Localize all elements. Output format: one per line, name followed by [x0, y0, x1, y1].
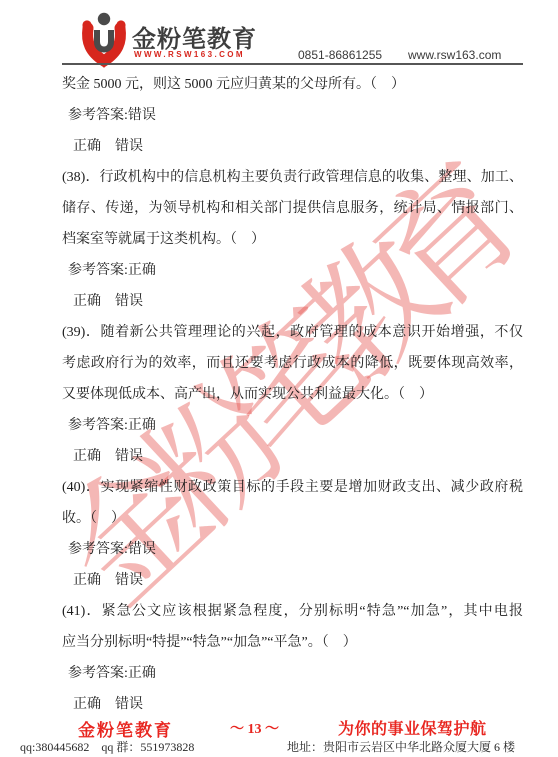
text-line-question: (39)．随着新公共管理理论的兴起，政府管理的成本意识开始增强，不仅: [62, 317, 523, 348]
footer-address: 地址：贵阳市云岩区中华北路众厦大厦 6 楼: [287, 738, 515, 755]
footer-slogan: 为你的事业保驾护航: [338, 716, 487, 739]
footer-page-number: ～ 13 ～: [230, 718, 279, 738]
text-line-question: 储存、传递，为领导机构和相关部门提供信息服务，统计局、情报部门、: [62, 193, 523, 224]
brand-logo-icon: [80, 12, 128, 68]
text-line-question: (38)．行政机构中的信息机构主要负责行政管理信息的收集、整理、加工、: [62, 162, 523, 193]
brand-site-url: WWW.RSW163.COM: [134, 50, 245, 59]
document-body: 奖金 5000 元，则这 5000 元应归黄某的父母所有。（ ）参考答案:错误正…: [62, 69, 523, 720]
header-website: www.rsw163.com: [408, 48, 501, 62]
text-line-answer: 参考答案:正确: [62, 410, 523, 441]
text-line-options: 正确 错误: [62, 565, 523, 596]
text-line-statement: 奖金 5000 元，则这 5000 元应归黄某的父母所有。（ ）: [62, 69, 523, 100]
text-line-answer: 参考答案:错误: [62, 100, 523, 131]
text-line-question: 应当分别标明“特提”“特急”“加急”“平急”。（ ）: [62, 627, 523, 658]
text-line-options: 正确 错误: [62, 286, 523, 317]
text-line-question: 又要体现低成本、高产出，从而实现公共利益最大化。（ ）: [62, 379, 523, 410]
document-page: { "page": { "background": "#ffffff" }, "…: [0, 0, 558, 757]
text-line-answer: 参考答案:正确: [62, 255, 523, 286]
text-line-question: (40)．实现紧缩性财政政策目标的手段主要是增加财政支出、减少政府税: [62, 472, 523, 503]
text-line-question: 收。（ ）: [62, 503, 523, 534]
header-phone-number: 0851-86861255: [298, 48, 382, 62]
text-line-options: 正确 错误: [62, 131, 523, 162]
text-line-options: 正确 错误: [62, 441, 523, 472]
brand-name: 金粉笔教育: [132, 19, 257, 54]
text-line-answer: 参考答案:错误: [62, 534, 523, 565]
text-line-answer: 参考答案:正确: [62, 658, 523, 689]
header-divider: [62, 63, 523, 65]
footer-qq-contacts: qq:380445682 qq 群：551973828: [20, 738, 194, 755]
text-line-question: (41)．紧急公文应该根据紧急程度，分别标明“特急”“加急”，其中电报: [62, 596, 523, 627]
text-line-question: 档案室等就属于这类机构。（ ）: [62, 224, 523, 255]
text-line-question: 考虑政府行为的效率，而且还要考虑行政成本的降低，既要体现高效率，: [62, 348, 523, 379]
